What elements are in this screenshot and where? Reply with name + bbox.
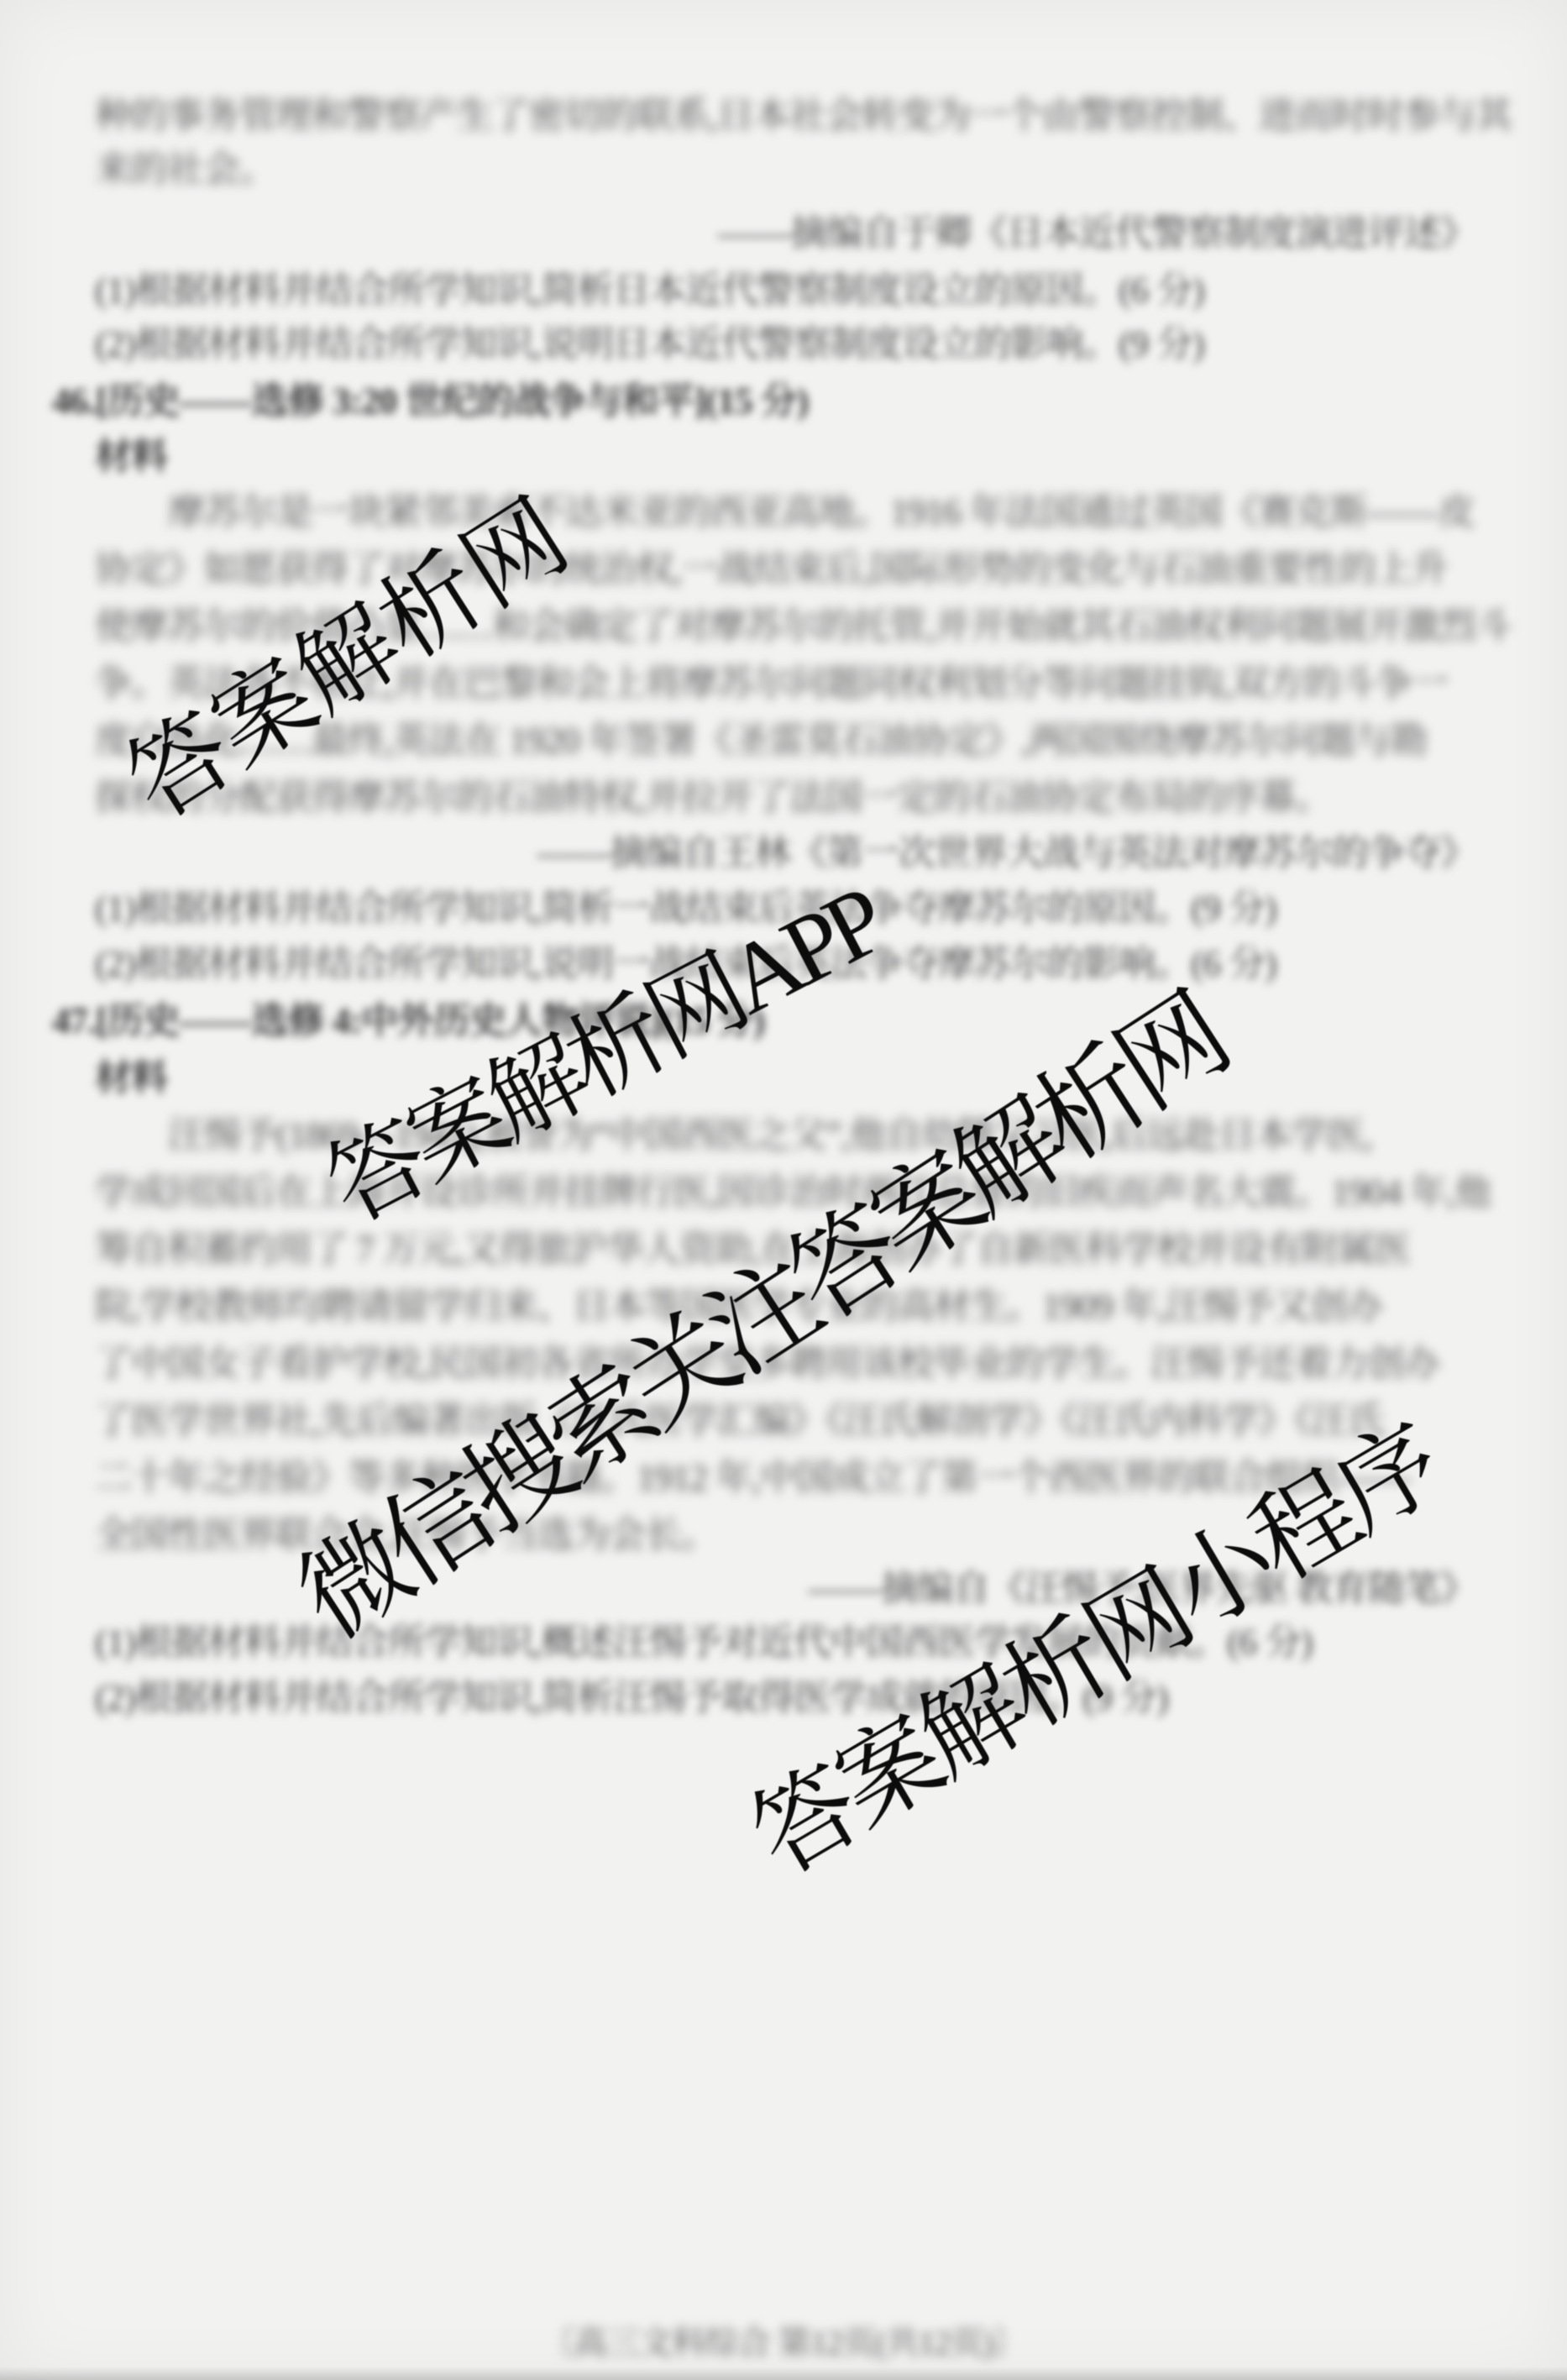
text-line-17: 材料: [95, 1055, 167, 1102]
text-line-23: 了医学世界社,先后编著出版《汪氏医学汇编》《汪氏解剖学》《汪氏内科学》《汪氏: [95, 1397, 1384, 1444]
text-line-4: (2)根据材料并结合所学知识,说明日本近代警察制度设立的影响。(9 分): [95, 321, 1204, 368]
text-line-2: ——摘编自于卿《日本近代警察制度演进评述》: [718, 210, 1476, 257]
text-line-19: 学成回国后在上海开设诊所并挂牌行医,因诊治时两江总督的旧疾而声名大震。1904 …: [95, 1169, 1491, 1216]
text-line-3: (1)根据材料并结合所学知识,简析日本近代警察制度设立的原因。(6 分): [95, 267, 1204, 314]
text-line-14: (1)根据材料并结合所学知识,简析一战结束后英法争夺摩苏尔的原因。(9 分): [95, 885, 1276, 932]
text-line-0: 种的事务管理和警察产生了密切的联系,日本社会转变为一个由警察控制、进而时时参与其: [95, 92, 1512, 139]
text-line-1: 来的社会。: [95, 146, 275, 193]
text-line-7: 摩苏尔是一块紧邻美索不达米亚的西亚高地。1916 年法国通过英国《赛克斯——皮: [168, 489, 1475, 536]
text-line-29: 〔高三文科综合 第12页(共12页)〕: [0, 2320, 1567, 2367]
scan-bottom-edge-shadow: [0, 2367, 1567, 2380]
scanned-exam-page: 种的事务管理和警察产生了密切的联系,日本社会转变为一个由警察控制、进而时时参与其…: [0, 0, 1567, 2380]
text-line-5: 46.[历史——选修 3:20 世纪的战争与和平](15 分): [52, 378, 808, 425]
text-line-6: 材料: [95, 433, 167, 480]
text-line-12: 探权的分配获得摩苏尔的石油特权,并拉开了法国一定的石油协定布局的序幕。: [95, 774, 1331, 821]
text-line-13: ——摘编自王林《第一次世界大战与英法对摩苏尔的争夺》: [537, 830, 1476, 877]
text-line-24: 二十年之经验》等多种医学书籍。1912 年,中国成立了第一个西医界的联合组织——: [95, 1455, 1410, 1502]
text-line-8: 协定》如愿获得了对摩苏尔的统治权,一战结束后,国际形势的变化与石油重要性的上升: [95, 546, 1448, 593]
